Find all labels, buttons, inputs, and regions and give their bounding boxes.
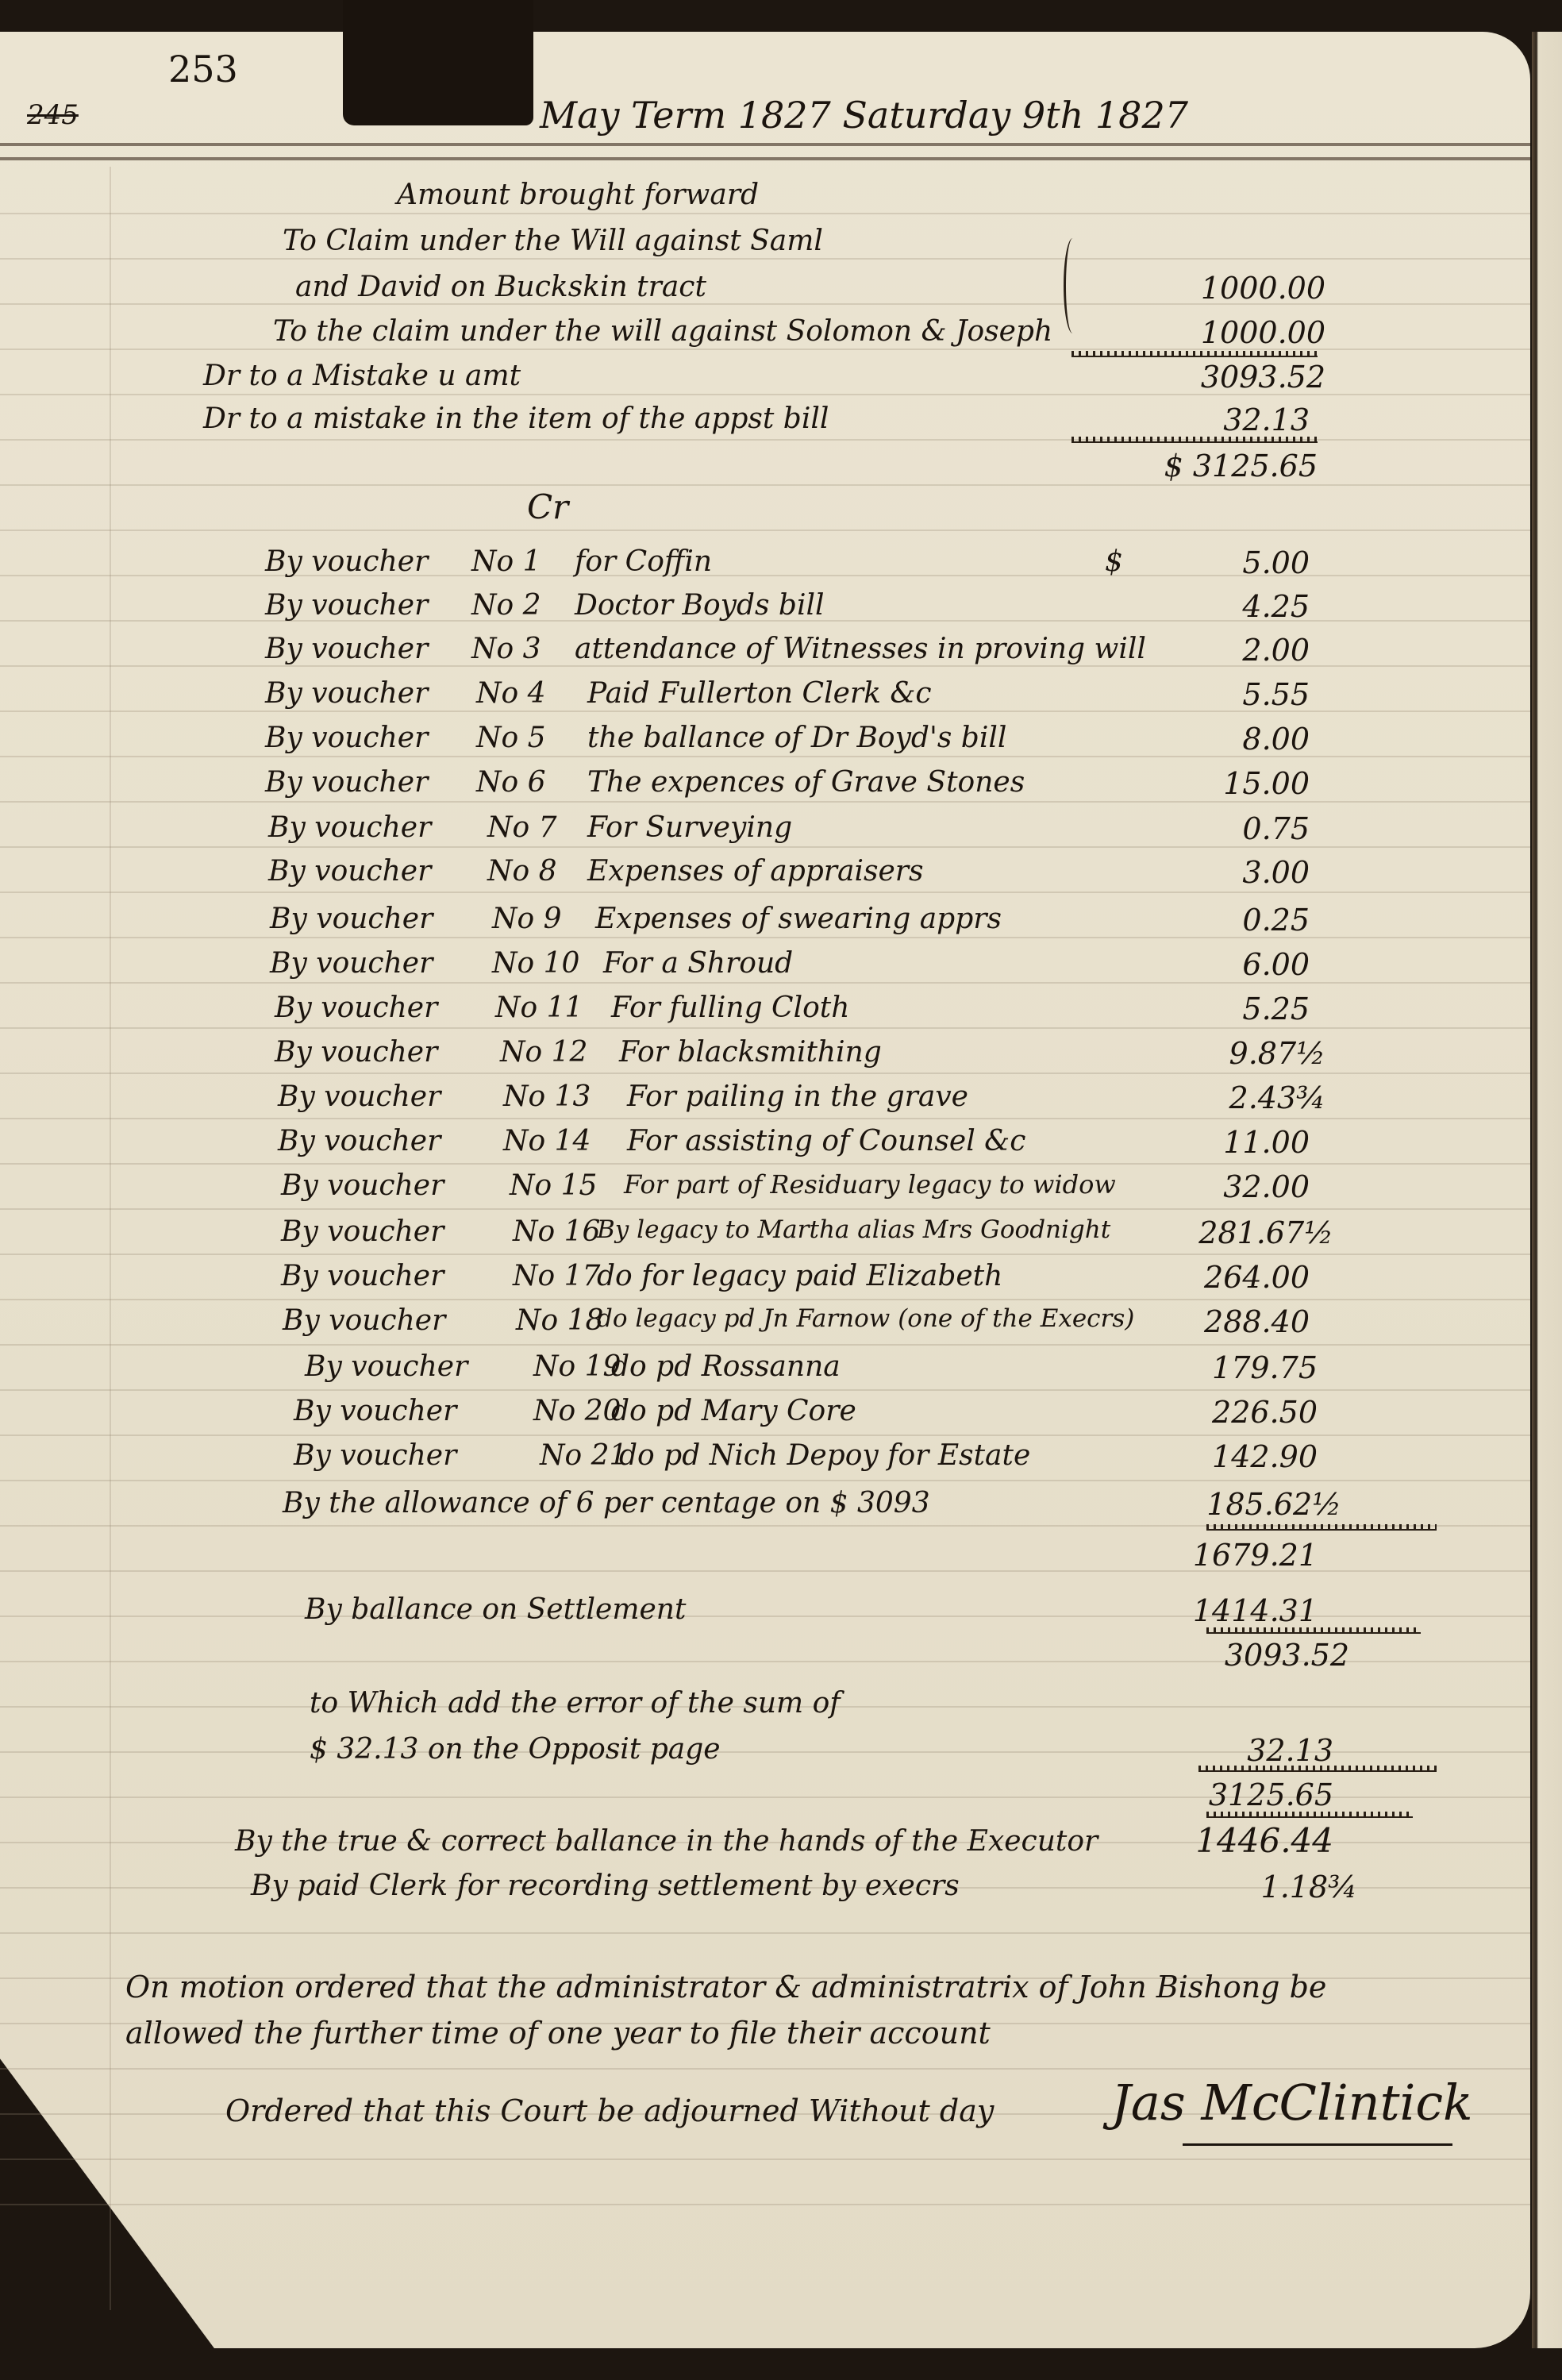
- sum-rule: [1071, 351, 1318, 357]
- voucher-desc: For a Shroud: [603, 949, 793, 978]
- voucher-number: No 16: [513, 1218, 600, 1246]
- credit-subtotal: 1679.21: [1127, 1540, 1318, 1570]
- ruled-line: [0, 1299, 1530, 1300]
- voucher-desc: By legacy to Martha alias Mrs Goodnight: [597, 1218, 1110, 1242]
- ruled-line: [0, 1073, 1530, 1074]
- voucher-label: By voucher: [278, 1083, 441, 1111]
- debit-entry: To Claim under the Will against Saml: [283, 227, 823, 256]
- voucher-desc: Expenses of appraisers: [587, 857, 923, 886]
- credit-sum: 3093.52: [1127, 1640, 1349, 1670]
- voucher-label: By voucher: [283, 1307, 445, 1335]
- voucher-label: By voucher: [294, 1442, 456, 1470]
- header-rule: [0, 143, 1530, 146]
- voucher-desc: Doctor Boyds bill: [575, 591, 825, 620]
- voucher-amount: 281.67½: [1127, 1218, 1333, 1248]
- voucher-desc: attendance of Witnesses in proving will: [575, 635, 1146, 664]
- allowance-text: By the allowance of 6 per centage on $ 3…: [283, 1489, 930, 1518]
- ruled-line: [0, 258, 1530, 260]
- voucher-label: By voucher: [294, 1397, 456, 1426]
- voucher-label: By voucher: [268, 857, 431, 886]
- voucher-number: No 20: [533, 1397, 621, 1426]
- voucher-desc: Expenses of swearing apprs: [595, 905, 1002, 934]
- voucher-label: By voucher: [265, 591, 428, 620]
- voucher-number: No 1: [471, 548, 541, 576]
- sum-rule: [1071, 437, 1318, 443]
- voucher-number: No 15: [510, 1172, 597, 1200]
- voucher-label: By voucher: [265, 548, 428, 576]
- header-rule: [0, 157, 1530, 160]
- balance-text: By ballance on Settlement: [305, 1596, 686, 1624]
- ruled-line: [0, 1389, 1530, 1391]
- voucher-desc: do pd Nich Depoy for Estate: [619, 1442, 1030, 1470]
- sum-rule: [1198, 1766, 1437, 1772]
- ruled-line: [0, 213, 1530, 214]
- voucher-amount: 226.50: [1127, 1397, 1318, 1427]
- voucher-number: No 9: [492, 905, 562, 934]
- voucher-amount: 179.75: [1127, 1353, 1318, 1383]
- ruled-line: [0, 1163, 1530, 1165]
- voucher-amount: 8.00: [1127, 724, 1310, 754]
- clerk-fee-text: By paid Clerk for recording settlement b…: [251, 1872, 960, 1901]
- session-header: May Term 1827 Saturday 9th 1827: [540, 97, 1188, 133]
- motion-line-1: On motion ordered that the administrator…: [125, 1972, 1326, 2002]
- voucher-amount: 3.00: [1127, 857, 1310, 888]
- voucher-number: No 14: [503, 1127, 591, 1156]
- voucher-amount: 5.25: [1127, 994, 1310, 1024]
- binding-tab: [343, 0, 533, 125]
- debit-total: $ 3125.65: [1056, 451, 1318, 481]
- ruled-line: [0, 1208, 1530, 1210]
- allowance-amount: 185.62½: [1127, 1489, 1341, 1519]
- voucher-desc: Paid Fullerton Clerk &c: [587, 680, 932, 708]
- voucher-number: No 6: [476, 768, 546, 797]
- voucher-label: By voucher: [281, 1262, 444, 1291]
- voucher-amount: 0.75: [1127, 814, 1310, 844]
- true-balance-amount: 1446.44: [1127, 1824, 1333, 1858]
- sum-rule: [1206, 1812, 1413, 1818]
- debit-entry: and David on Buckskin tract: [295, 273, 706, 302]
- ruled-line: [0, 1435, 1530, 1436]
- voucher-amount: 288.40: [1127, 1307, 1310, 1337]
- voucher-label: By voucher: [275, 994, 437, 1022]
- page-number: 253: [168, 51, 238, 87]
- ruled-line: [0, 801, 1530, 803]
- ruled-line: [0, 2159, 1530, 2160]
- voucher-amount: 264.00: [1127, 1262, 1310, 1292]
- voucher-amount: 11.00: [1127, 1127, 1310, 1157]
- ruled-line: [0, 530, 1530, 531]
- voucher-desc: For assisting of Counsel &c: [627, 1127, 1025, 1156]
- voucher-amount: 5.00: [1127, 548, 1310, 578]
- voucher-label: By voucher: [268, 814, 431, 842]
- ruled-line: [0, 1344, 1530, 1346]
- ruled-line: [0, 1480, 1530, 1481]
- debit-amount: 3093.52: [1111, 362, 1325, 392]
- voucher-number: No 21: [540, 1442, 627, 1470]
- voucher-label: By voucher: [265, 724, 428, 753]
- credit-heading: Cr: [527, 491, 568, 524]
- ruled-line: [0, 846, 1530, 848]
- clerk-fee-amount: 1.18¾: [1127, 1872, 1357, 1902]
- voucher-desc: do for legacy paid Elizabeth: [597, 1262, 1002, 1291]
- ruled-line: [0, 2068, 1530, 2070]
- voucher-label: By voucher: [275, 1038, 437, 1067]
- voucher-label: By voucher: [265, 635, 428, 664]
- debit-entry: Dr to a mistake in the item of the appst…: [203, 405, 829, 433]
- voucher-label: By voucher: [281, 1172, 444, 1200]
- amount-brought-forward: Amount brought forward: [397, 181, 759, 210]
- ruled-line: [0, 982, 1530, 984]
- voucher-desc: The expences of Grave Stones: [587, 768, 1025, 797]
- new-total: 3125.65: [1127, 1780, 1333, 1810]
- voucher-label: By voucher: [270, 905, 433, 934]
- adjourn-order: Ordered that this Court be adjourned Wit…: [225, 2096, 994, 2126]
- voucher-desc: do legacy pd Jn Farnow (one of the Execr…: [597, 1307, 1134, 1331]
- voucher-desc: For blacksmithing: [619, 1038, 882, 1067]
- voucher-number: No 18: [516, 1307, 603, 1335]
- page-edge: [1532, 32, 1562, 2348]
- voucher-amount: 142.90: [1127, 1442, 1318, 1472]
- voucher-amount: 2.43¾: [1127, 1083, 1325, 1113]
- ruled-line: [0, 484, 1530, 486]
- ruled-line: [0, 2204, 1530, 2205]
- voucher-desc: For pailing in the grave: [627, 1083, 968, 1111]
- debit-amount: 1000.00: [1111, 273, 1325, 303]
- voucher-amount: 0.25: [1127, 905, 1310, 935]
- voucher-label: By voucher: [305, 1353, 467, 1381]
- voucher-number: No 5: [476, 724, 546, 753]
- voucher-label: By voucher: [281, 1218, 444, 1246]
- voucher-label: By voucher: [265, 768, 428, 797]
- voucher-amount: 6.00: [1127, 949, 1310, 980]
- voucher-amount: 4.25: [1127, 591, 1310, 622]
- brace-mark: [1064, 238, 1082, 333]
- voucher-desc: For Surveying: [587, 814, 792, 842]
- ruled-line: [0, 1932, 1530, 1934]
- margin-line: [110, 167, 111, 2310]
- voucher-number: No 12: [500, 1038, 587, 1067]
- ruled-line: [0, 892, 1530, 893]
- voucher-desc: for Coffin: [575, 548, 712, 576]
- voucher-number: No 4: [476, 680, 546, 708]
- voucher-number: No 3: [471, 635, 541, 664]
- debit-amount: 32.13: [1111, 405, 1310, 435]
- voucher-number: No 8: [487, 857, 557, 886]
- balance-amount: 1414.31: [1127, 1596, 1318, 1626]
- signature-underline: [1183, 2143, 1452, 2146]
- sum-rule: [1206, 1627, 1421, 1634]
- voucher-label: By voucher: [270, 949, 433, 978]
- ruled-line: [0, 1254, 1530, 1255]
- true-balance-text: By the true & correct ballance in the ha…: [235, 1827, 1098, 1856]
- motion-line-2: allowed the further time of one year to …: [125, 2018, 991, 2048]
- error-line-1: to Which add the error of the sum of: [310, 1689, 841, 1718]
- debit-entry: Dr to a Mistake u amt: [203, 362, 521, 391]
- dollar-sign: $: [1105, 548, 1123, 576]
- voucher-number: No 13: [503, 1083, 591, 1111]
- ruled-line: [0, 1027, 1530, 1029]
- voucher-label: By voucher: [278, 1127, 441, 1156]
- voucher-number: No 11: [495, 994, 583, 1022]
- struck-page-number: 245: [27, 102, 79, 129]
- voucher-amount: 5.55: [1127, 680, 1310, 710]
- sum-rule: [1206, 1524, 1437, 1531]
- voucher-number: No 7: [487, 814, 557, 842]
- voucher-desc: do pd Rossanna: [611, 1353, 841, 1381]
- error-amount: 32.13: [1127, 1735, 1333, 1766]
- voucher-label: By voucher: [265, 680, 428, 708]
- voucher-amount: 32.00: [1127, 1172, 1310, 1202]
- clerk-signature: Jas McClintick: [1111, 2078, 1473, 2128]
- voucher-amount: 9.87½: [1127, 1038, 1325, 1069]
- voucher-number: No 17: [513, 1262, 600, 1291]
- voucher-desc: the ballance of Dr Boyd's bill: [587, 724, 1006, 753]
- voucher-amount: 2.00: [1127, 635, 1310, 665]
- voucher-desc: For fulling Cloth: [611, 994, 849, 1022]
- voucher-number: No 19: [533, 1353, 621, 1381]
- debit-amount: 1000.00: [1111, 318, 1325, 348]
- voucher-number: No 10: [492, 949, 579, 978]
- debit-entry: To the claim under the will against Solo…: [273, 318, 1052, 346]
- voucher-number: No 2: [471, 591, 541, 620]
- voucher-desc: do pd Mary Core: [611, 1397, 856, 1426]
- error-line-2: $ 32.13 on the Opposit page: [310, 1735, 721, 1764]
- voucher-amount: 15.00: [1127, 768, 1310, 799]
- ruled-line: [0, 1118, 1530, 1119]
- voucher-desc: For part of Residuary legacy to widow: [624, 1172, 1116, 1197]
